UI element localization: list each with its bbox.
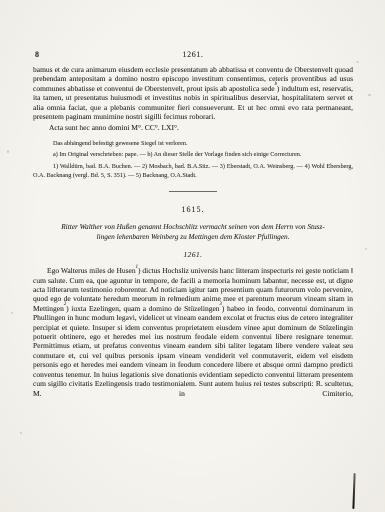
charter-1261-text: bamus et de cura animarum eiusdem eccles…: [33, 65, 353, 121]
scan-speck: [20, 432, 22, 434]
place-footnotes: 1) Walldürn, bad. B.A. Buchen. — 2) Mosb…: [33, 163, 353, 180]
book-page: 8 1261. bamus et de cura animarum eiusde…: [0, 0, 385, 512]
entry-date: 1261.: [33, 250, 353, 259]
regest-line-2: lingen lehenbaren Weinberg zu Mettingen …: [37, 232, 349, 242]
apparatus-notes: a) Im Original verschrieben: pape. — b) …: [33, 151, 353, 160]
scan-artifact: [352, 473, 355, 509]
page-number: 8: [35, 50, 39, 59]
regest-line-1: Ritter Walther von Hußen genannt Hochsch…: [37, 222, 349, 232]
entry-number: 1615.: [33, 205, 353, 214]
running-head-year: 1261.: [183, 50, 204, 59]
seal-note: Das abhängend befestigt gewesene Siegel …: [33, 140, 353, 149]
scan-speck: [368, 94, 371, 96]
scan-speck: [365, 248, 367, 250]
scan-speck: [356, 61, 359, 63]
charter-1615-text: Ego Walterus miles de Husen1) dictus Hoc…: [33, 266, 353, 398]
page-header: 8 1261.: [33, 50, 353, 60]
scan-speck: [11, 312, 13, 314]
section-divider: [169, 191, 217, 192]
regest-title: Ritter Walther von Hußen genannt Hochsch…: [33, 222, 353, 242]
charter-1261-datum-line: Acta sunt hec anno domini M°. CC°. LXI°.: [33, 123, 353, 132]
scan-speck: [7, 150, 9, 153]
